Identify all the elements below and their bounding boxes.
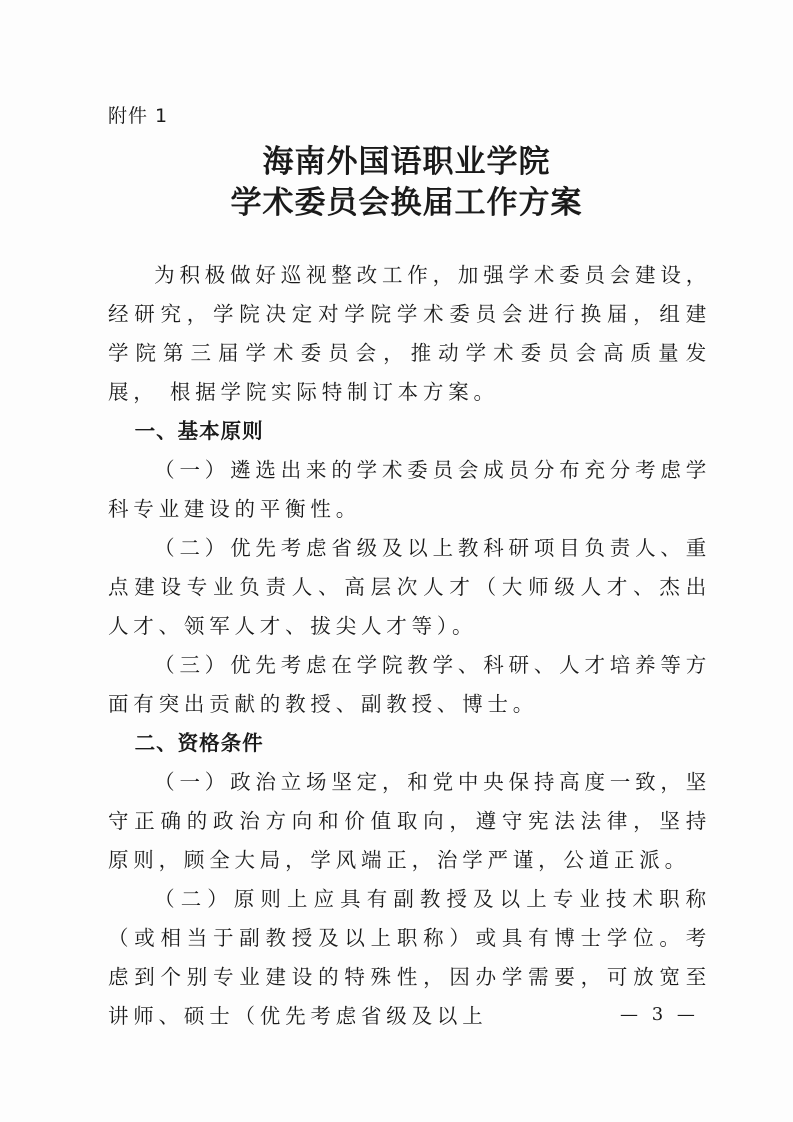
document-title-line2: 学术委员会换届工作方案: [10, 177, 793, 222]
section-heading-principles: 一、基本原则: [108, 412, 711, 451]
principle-item: （三）优先考虑在学院教学、科研、人才培养等方面有突出贡献的教授、副教授、博士。: [108, 646, 711, 724]
principle-item: （二）优先考虑省级及以上教科研项目负责人、重点建设专业负责人、高层次人才（大师级…: [108, 529, 711, 646]
attachment-label: 附件 1: [108, 101, 168, 128]
qualification-item: （一）政治立场坚定，和党中央保持高度一致，坚守正确的政治方向和价值取向，遵守宪法…: [108, 763, 711, 880]
intro-paragraph: 为积极做好巡视整改工作，加强学术委员会建设，经研究，学院决定对学院学术委员会进行…: [108, 256, 711, 412]
document-title-line1: 海南外国语职业学院: [10, 136, 793, 181]
document-body: 为积极做好巡视整改工作，加强学术委员会建设，经研究，学院决定对学院学术委员会进行…: [108, 256, 711, 1036]
principle-item: （一）遴选出来的学术委员会成员分布充分考虑学科专业建设的平衡性。: [108, 451, 711, 529]
page-number: — 3 —: [620, 1004, 699, 1025]
section-heading-qualifications: 二、资格条件: [108, 724, 711, 763]
document-page: 附件 1 海南外国语职业学院 学术委员会换届工作方案 为积极做好巡视整改工作，加…: [0, 0, 793, 1122]
